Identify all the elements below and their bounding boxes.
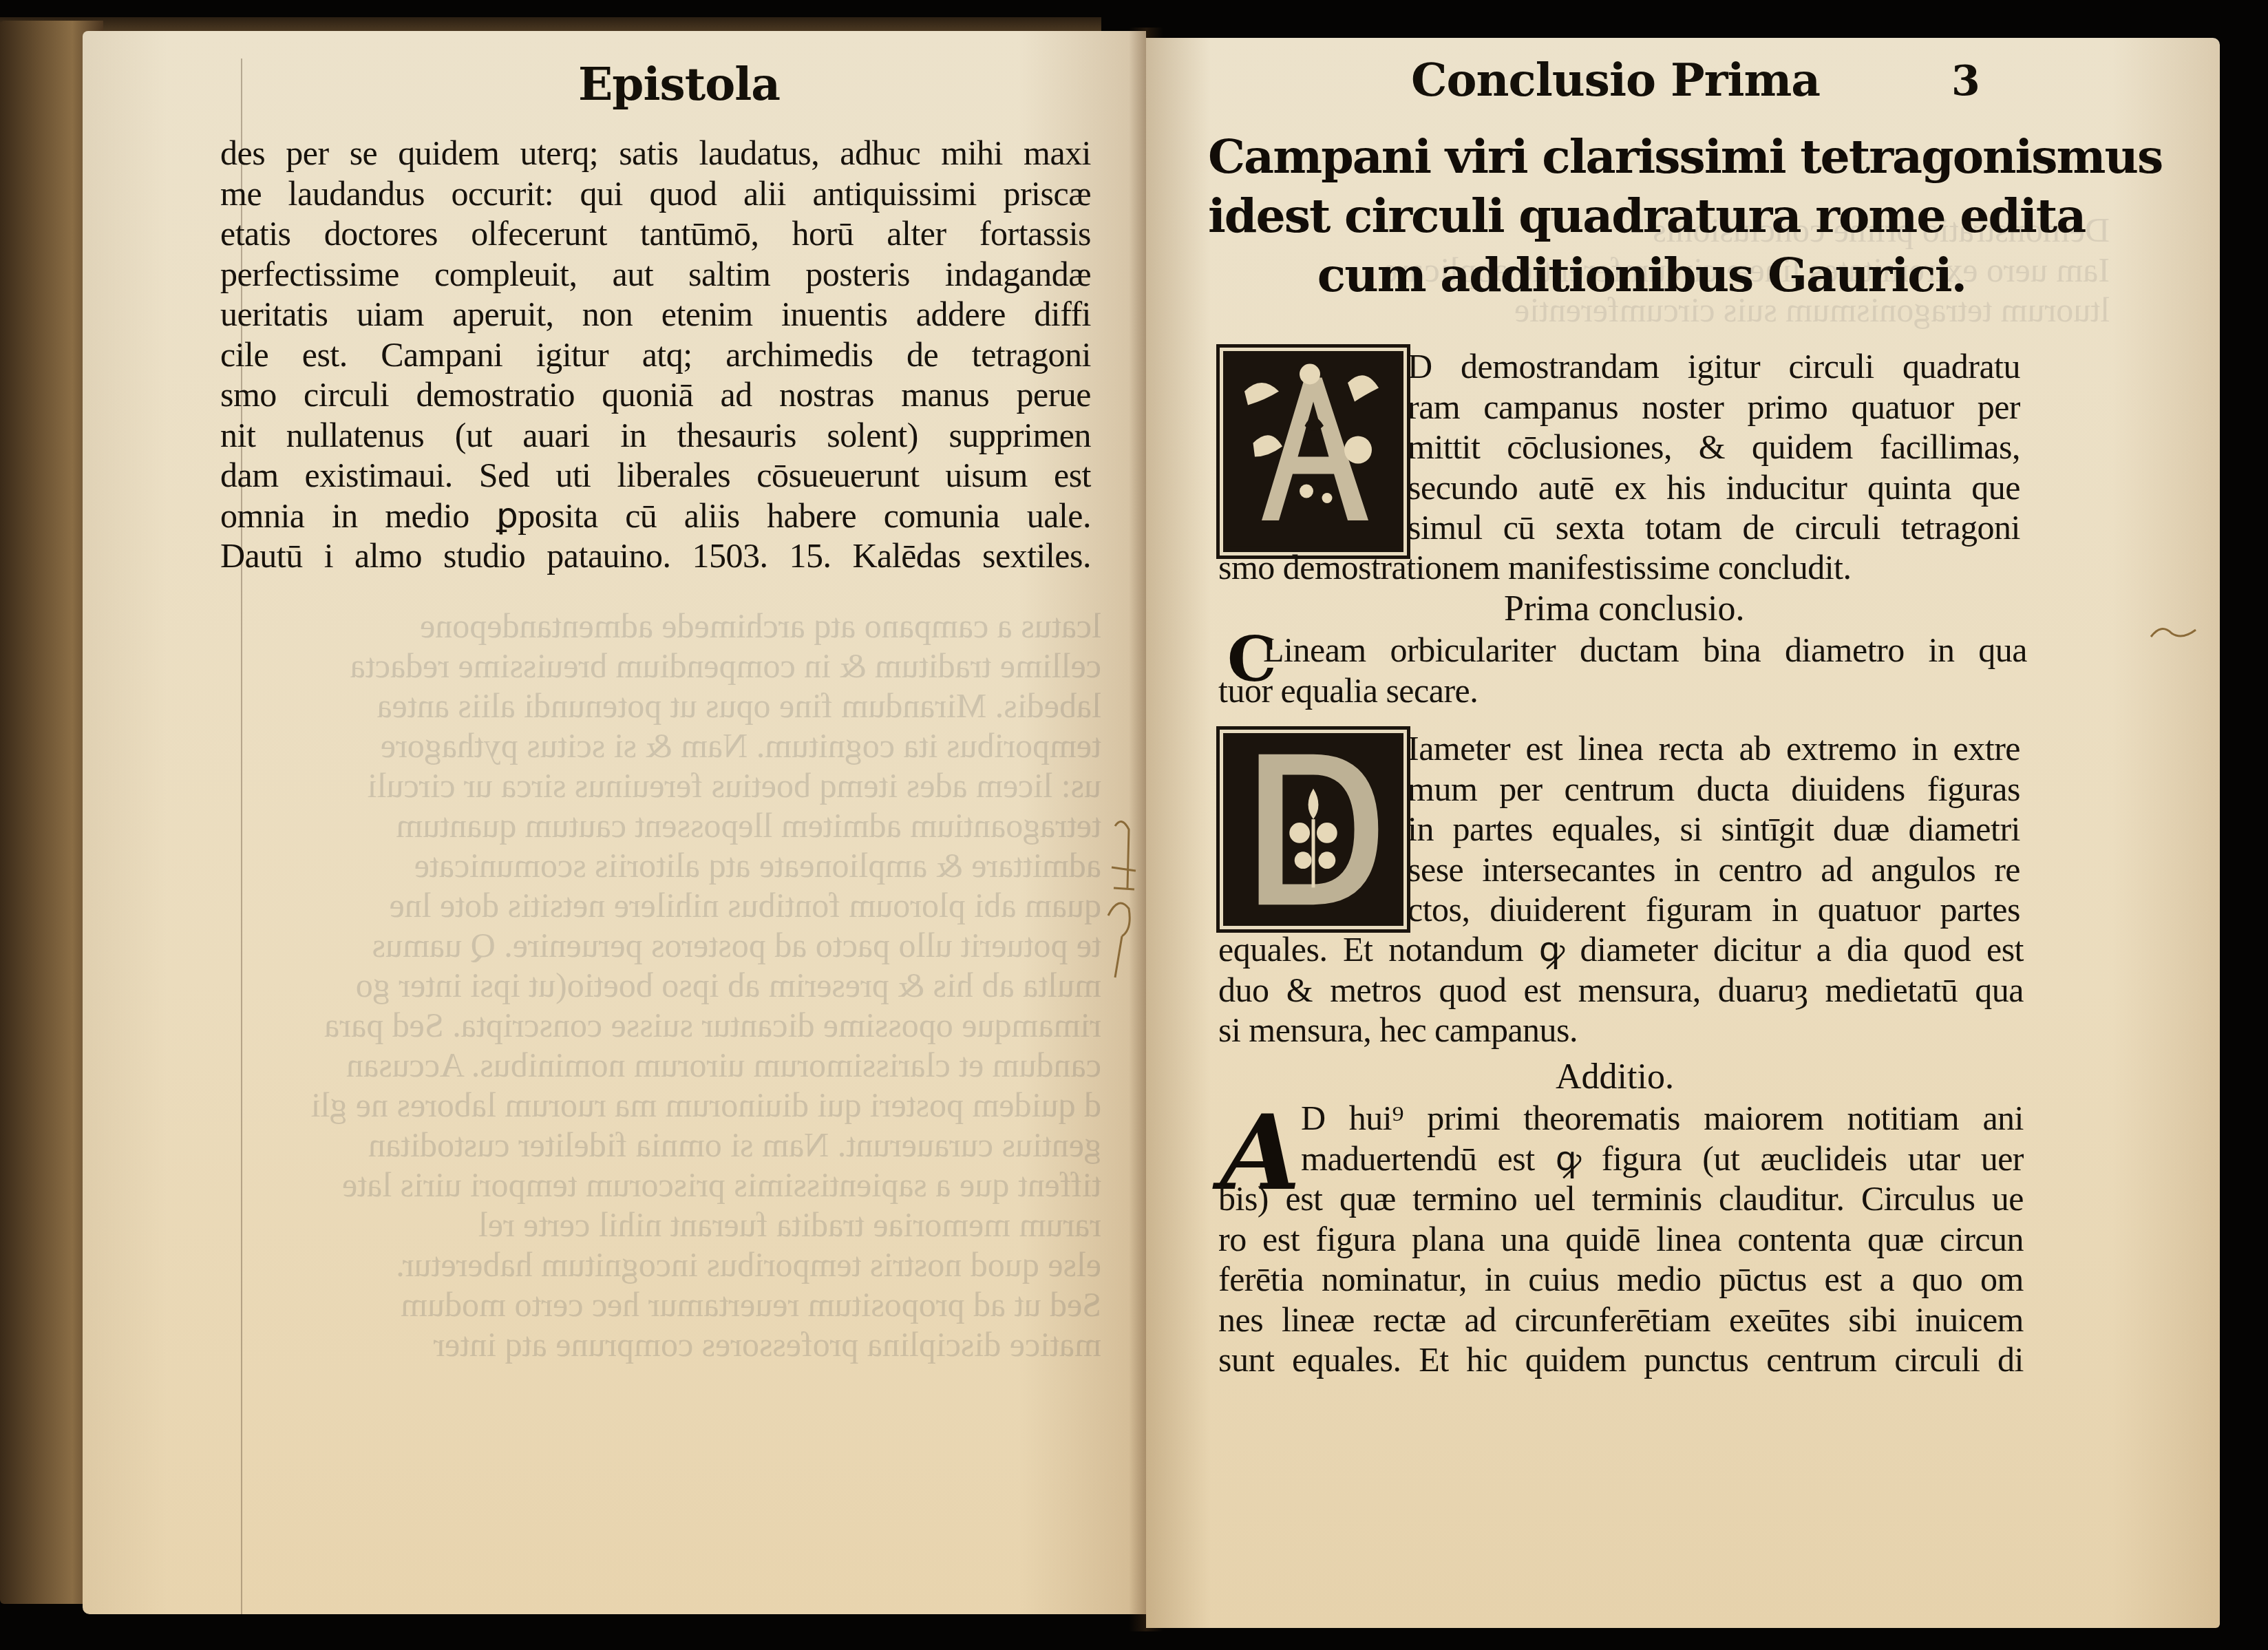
page-number: 3	[1951, 57, 1980, 105]
woodcut-initial-d	[1223, 733, 1403, 926]
right-page: Demonstratio prime conclusionis Iam uero…	[1146, 38, 2220, 1628]
handwritten-marginalia-icon	[1094, 812, 1149, 991]
text-line: ueritatis uiam aperuit, non etenim inuen…	[220, 294, 1091, 335]
chapter-title: Campani viri clarissimi tetragonismus id…	[1208, 127, 2075, 305]
intro-text-indented: D demostrandam igitur circuli quadratu r…	[1408, 346, 2020, 548]
text-line: D demostrandam igitur circuli quadratu	[1408, 346, 2020, 387]
woodcut-initial-a	[1223, 351, 1403, 552]
text-line: dam existimaui. Sed uti liberales cōsueu…	[220, 455, 1091, 496]
text-line: tuor equalia secare.	[1218, 670, 2027, 711]
floral-ornament-icon	[1227, 737, 1399, 922]
text-line: ferētia nominatur, in cuius medio pūctus…	[1218, 1259, 2024, 1300]
definition-text-indented: Iameter est linea recta ab extremo in ex…	[1408, 728, 2020, 930]
text-line: smo demostrationem manifestissime conclu…	[1218, 547, 2024, 588]
text-line: sunt equales. Et hic quidem punctus cent…	[1218, 1340, 2024, 1380]
text-line: smo circuli demostratio quoniā ad nostra…	[220, 374, 1091, 415]
text-line: etatis doctores olfecerunt tantūmō, horū…	[220, 213, 1091, 254]
section-heading: Prima conclusio.	[1504, 589, 1745, 629]
running-head: Conclusio Prima	[1411, 53, 1820, 107]
title-line: cum additionibus Gaurici.	[1208, 246, 2075, 305]
text-line: secundo autē ex his inducitur quinta que	[1408, 467, 2020, 508]
title-line: idest circuli quadratura rome edita	[1208, 187, 2075, 246]
text-line: cile est. Campani igitur atq; archimedis…	[220, 335, 1091, 375]
text-line: D hui⁹ primi theorematis maiorem notitia…	[1301, 1098, 2024, 1139]
text-line: bis) est quæ termino uel terminis claudi…	[1218, 1178, 2024, 1219]
text-line: Dautū i almo studio patauino. 1503. 15. …	[220, 536, 1091, 576]
intro-text-full: smo demostrationem manifestissime conclu…	[1218, 547, 2024, 588]
text-line: Lineam orbiculariter ductam bina diametr…	[1218, 630, 2027, 670]
text-line: nes lineæ rectæ ad circunferētiam exeūte…	[1218, 1300, 2024, 1340]
text-line: simul cū sexta totam de circuli tetragon…	[1408, 507, 2020, 548]
text-line: des per se quidem uterq; satis laudatus,…	[220, 133, 1091, 173]
addition-text-full: bis) est quæ termino uel terminis claudi…	[1218, 1178, 2024, 1380]
text-line: equales. Et notandum ꝙ diameter dicitur …	[1218, 929, 2024, 970]
text-line: duo & metros quod est mensura, duaruȝ me…	[1218, 970, 2024, 1011]
text-line: omnia in medio ꝑposita cū aliis habere c…	[220, 496, 1091, 536]
text-line: si mensura, hec campanus.	[1218, 1010, 2024, 1050]
text-line: mittit cōclusiones, & quidem facillimas,	[1408, 427, 2020, 467]
running-head: Epistola	[578, 57, 780, 111]
definition-text-full: equales. Et notandum ꝙ diameter dicitur …	[1218, 929, 2024, 1050]
text-line: ctos, diuiderent figuram in quatuor part…	[1408, 889, 2020, 930]
left-page: lcatus a campano atq archimede admentand…	[83, 31, 1146, 1614]
bleed-through-text: lcatus a campano atq archimede admentand…	[220, 606, 1101, 1364]
letter-text-block: des per se quidem uterq; satis laudatus,…	[220, 133, 1091, 576]
marginal-mark-icon	[2148, 620, 2203, 647]
text-line: perfectissime compleuit, aut saltim post…	[220, 254, 1091, 295]
addition-heading: Additio.	[1556, 1057, 1674, 1097]
text-line: in partes equales, si sintīgit duæ diame…	[1408, 809, 2020, 849]
foliate-grotesque-ornament-icon	[1227, 355, 1399, 548]
text-line: me laudandus occurit: qui quod alii anti…	[220, 173, 1091, 214]
text-line: ram campanus noster primo quatuor per	[1408, 387, 2020, 427]
text-line: maduertendū est ꝙ figura (ut æuclideis u…	[1301, 1139, 2024, 1179]
text-line: nit nullatenus (ut auari in thesauris so…	[220, 415, 1091, 456]
text-line: sese intersecantes in centro ad angulos …	[1408, 849, 2020, 890]
proposition-text: Lineam orbiculariter ductam bina diametr…	[1218, 630, 2027, 710]
text-line: ro est figura plana una quidē linea cont…	[1218, 1219, 2024, 1260]
text-line: mum per centrum ducta diuidens figuras	[1408, 769, 2020, 810]
title-line: Campani viri clarissimi tetragonismus	[1208, 127, 2075, 187]
text-line: Iameter est linea recta ab extremo in ex…	[1408, 728, 2020, 769]
addition-text-indented: D hui⁹ primi theorematis maiorem notitia…	[1301, 1098, 2024, 1178]
